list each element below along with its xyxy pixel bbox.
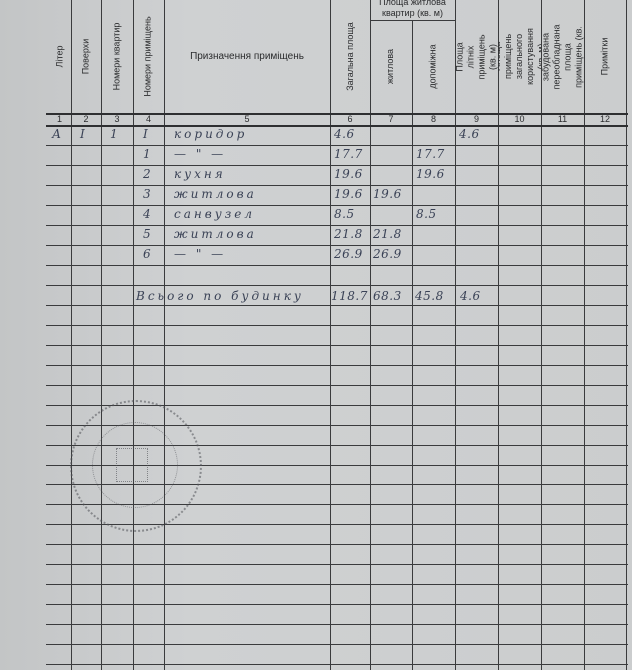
row-divider — [46, 644, 628, 645]
cell-room: 2 — [143, 167, 151, 181]
cell-total: 17.7 — [334, 147, 363, 161]
row-divider — [46, 624, 628, 625]
col-num-8: 8 — [412, 114, 455, 125]
col-num-3: 3 — [101, 114, 133, 125]
header-living-area-group: Площа житлова квартир (кв. м) — [370, 0, 455, 20]
cell-purpose: — " — — [174, 147, 226, 161]
row-divider — [46, 185, 628, 186]
cell-purpose: — " — — [174, 247, 226, 261]
cell-purpose: житлова — [174, 227, 257, 241]
cell-total: 21.8 — [334, 227, 363, 241]
row-divider — [46, 245, 628, 246]
row-divider — [46, 604, 628, 605]
header-liter: Літер — [48, 0, 71, 113]
header-room-numbers: Номери приміщень — [133, 0, 164, 113]
totals-aux-area: 45.8 — [415, 289, 444, 303]
cell-room: 4 — [143, 207, 151, 221]
header-room-purpose: Призначення приміщень — [164, 0, 330, 113]
col-num-10: 10 — [498, 114, 541, 125]
cell-total: 26.9 — [334, 247, 363, 261]
row-divider — [46, 345, 628, 346]
col-num-9: 9 — [455, 114, 498, 125]
header-floors: Поверхи — [71, 0, 101, 113]
cell-living: 19.6 — [373, 187, 402, 201]
row-divider — [46, 165, 628, 166]
cell-room: 3 — [143, 187, 151, 201]
row-divider — [46, 664, 628, 665]
row-divider — [46, 564, 628, 565]
totals-total-area: 118.7 — [331, 289, 368, 303]
col-num-6: 6 — [330, 114, 370, 125]
cell-aux: 17.7 — [416, 147, 445, 161]
cell-aux: 8.5 — [416, 207, 437, 221]
row-divider — [46, 544, 628, 545]
cell-total: 8.5 — [334, 207, 355, 221]
header-common-area: Площа приміщень загального користування … — [498, 0, 541, 113]
row-divider — [46, 305, 628, 306]
row-divider — [46, 225, 628, 226]
stamp-emblem-icon — [116, 448, 148, 482]
totals-label: Всього по будинку — [136, 289, 304, 303]
row-divider — [46, 365, 628, 366]
cell-room: І — [143, 127, 148, 141]
cell-room: 6 — [143, 247, 151, 261]
cell-purpose: кухня — [174, 167, 226, 181]
totals-living-area: 68.3 — [373, 289, 402, 303]
row-divider — [46, 385, 628, 386]
cell-purpose: коридор — [174, 127, 247, 141]
totals-summer-area: 4.6 — [460, 289, 481, 303]
header-notes: Примітки — [584, 0, 626, 113]
header-apartment-numbers: Номери квартир — [101, 0, 133, 113]
cell-living: 26.9 — [373, 247, 402, 261]
col-num-11: 11 — [541, 114, 584, 125]
cell-room: 5 — [143, 227, 151, 241]
cell-apt: 1 — [110, 127, 118, 141]
header-unauthorized-area: Самовільно забудована переобладнана площ… — [541, 0, 584, 113]
cell-floor: І — [80, 127, 85, 141]
col-num-1: 1 — [48, 114, 71, 125]
header-living: житлова — [370, 20, 412, 113]
cell-room: 1 — [143, 147, 151, 161]
cell-living: 21.8 — [373, 227, 402, 241]
col-num-4: 4 — [133, 114, 164, 125]
col-num-12: 12 — [584, 114, 626, 125]
row-divider — [46, 145, 628, 146]
cell-liter: А — [52, 127, 62, 141]
header-total-area: Загальна площа — [330, 0, 370, 113]
cell-total: 19.6 — [334, 187, 363, 201]
row-divider — [46, 265, 628, 266]
cell-purpose: житлова — [174, 187, 257, 201]
cell-total: 19.6 — [334, 167, 363, 181]
col-num-2: 2 — [71, 114, 101, 125]
header-auxiliary: допоміжна — [412, 20, 455, 113]
cell-purpose: санвузел — [174, 207, 255, 221]
row-divider — [46, 584, 628, 585]
cell-summer: 4.6 — [459, 127, 480, 141]
column-divider — [626, 0, 627, 670]
row-divider — [46, 285, 628, 286]
row-divider — [46, 325, 628, 326]
header-summer-area: Площа літніх приміщень (кв. м) — [455, 0, 498, 113]
col-num-5: 5 — [164, 114, 330, 125]
cell-total: 4.6 — [334, 127, 355, 141]
cell-aux: 19.6 — [416, 167, 445, 181]
row-divider — [46, 205, 628, 206]
col-num-7: 7 — [370, 114, 412, 125]
